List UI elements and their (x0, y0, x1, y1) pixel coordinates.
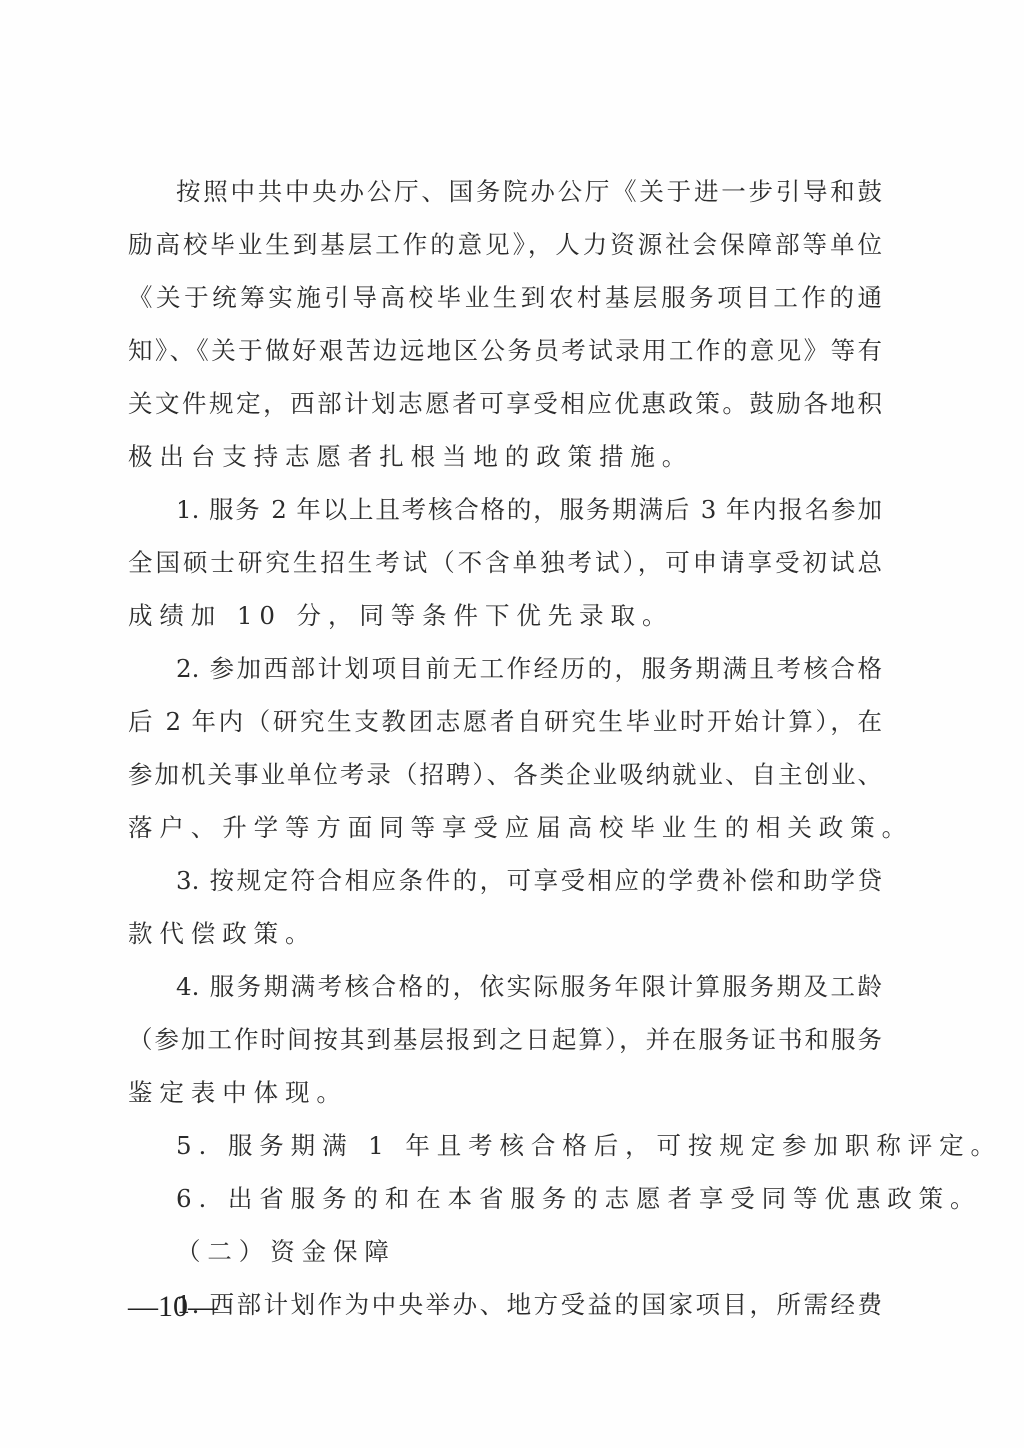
list-item-5: 5. 服务期满 1 年且考核合格后，可按规定参加职称评定。 (128, 1119, 882, 1172)
paragraph-line: 关文件规定，西部计划志愿者可享受相应优惠政策。鼓励各地积 (128, 377, 882, 430)
list-item-6: 6. 出省服务的和在本省服务的志愿者享受同等优惠政策。 (128, 1172, 882, 1225)
list-item-1-line: 成绩加 10 分，同等条件下优先录取。 (128, 589, 882, 642)
list-item-2-line: 落户、升学等方面同等享受应届高校毕业生的相关政策。 (128, 801, 882, 854)
list-item-1-line: 1. 服务 2 年以上且考核合格的，服务期满后 3 年内报名参加 (128, 483, 882, 536)
document-page: 按照中共中央办公厅、国务院办公厅《关于进一步引导和鼓 励高校毕业生到基层工作的意… (0, 0, 1024, 1448)
list-item-2-line: 2. 参加西部计划项目前无工作经历的，服务期满且考核合格 (128, 642, 882, 695)
list-item-2-line: 参加机关事业单位考录（招聘）、各类企业吸纳就业、自主创业、 (128, 748, 882, 801)
paragraph-line: 按照中共中央办公厅、国务院办公厅《关于进一步引导和鼓 (128, 165, 882, 218)
paragraph-line: 极出台支持志愿者扎根当地的政策措施。 (128, 430, 882, 483)
page-number: —10— (128, 1290, 218, 1324)
list-item-4-line: （参加工作时间按其到基层报到之日起算），并在服务证书和服务 (128, 1013, 882, 1066)
section-heading: （二）资金保障 (128, 1225, 882, 1278)
paragraph-line: 《关于统筹实施引导高校毕业生到农村基层服务项目工作的通 (128, 271, 882, 324)
funding-item-1-line: 1. 西部计划作为中央举办、地方受益的国家项目，所需经费 (128, 1278, 882, 1331)
list-item-3-line: 款代偿政策。 (128, 907, 882, 960)
list-item-4-line: 鉴定表中体现。 (128, 1066, 882, 1119)
paragraph-line: 知》、《关于做好艰苦边远地区公务员考试录用工作的意见》等有 (128, 324, 882, 377)
paragraph-line: 励高校毕业生到基层工作的意见》，人力资源社会保障部等单位 (128, 218, 882, 271)
list-item-2-line: 后 2 年内（研究生支教团志愿者自研究生毕业时开始计算），在 (128, 695, 882, 748)
list-item-3-line: 3. 按规定符合相应条件的，可享受相应的学费补偿和助学贷 (128, 854, 882, 907)
list-item-4-line: 4. 服务期满考核合格的，依实际服务年限计算服务期及工龄 (128, 960, 882, 1013)
body-text: 按照中共中央办公厅、国务院办公厅《关于进一步引导和鼓 励高校毕业生到基层工作的意… (128, 165, 882, 1331)
list-item-1-line: 全国硕士研究生招生考试（不含单独考试），可申请享受初试总 (128, 536, 882, 589)
